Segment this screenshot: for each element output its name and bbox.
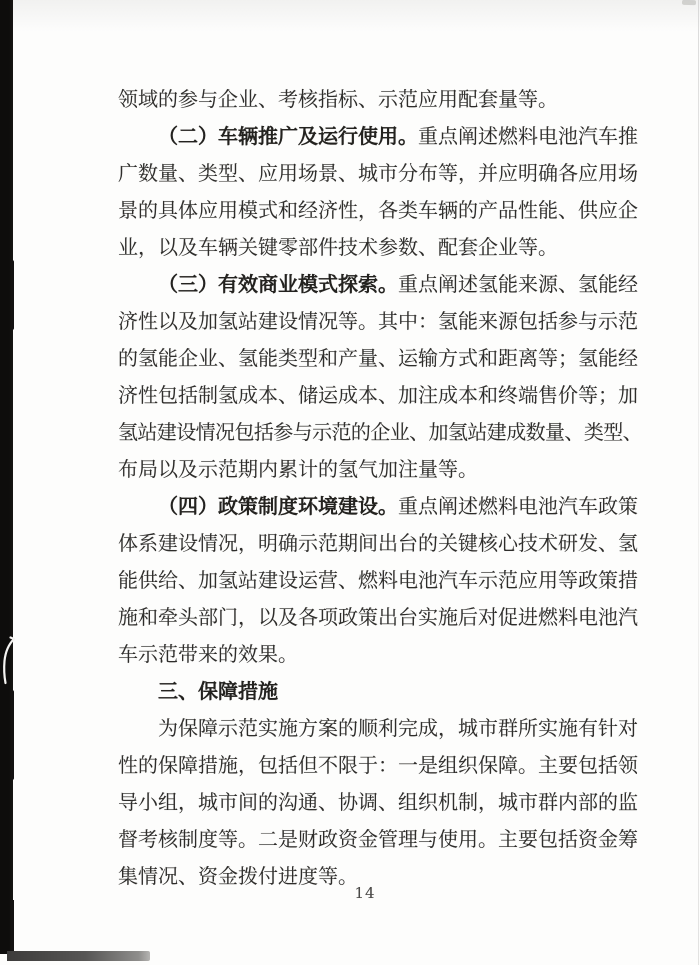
crease-mark: [0, 636, 20, 692]
text-line: （二）车辆推广及运行使用。重点阐述燃料电池汽车推: [118, 118, 642, 155]
text-line: 济性包括制氢成本、储运成本、加注成本和终端售价等；加: [118, 377, 642, 414]
body-text: 广数量、类型、应用场景、城市分布等，并应明确各应用场: [118, 161, 638, 185]
text-line: 景的具体应用模式和经济性，各类车辆的产品性能、供应企: [118, 192, 642, 229]
text-line: 督考核制度等。二是财政资金管理与使用。主要包括资金筹: [118, 821, 642, 858]
corner-smudge: [682, 0, 696, 5]
body-text: 的氢能企业、氢能类型和产量、运输方式和距离等；氢能经: [118, 346, 638, 370]
text-line: 性的保障措施，包括但不限于：一是组织保障。主要包括领: [118, 747, 642, 784]
body-text: 施和牵头部门，以及各项政策出台实施后对促进燃料电池汽: [118, 605, 638, 629]
body-text: 济性以及加氢站建设情况等。其中：氢能来源包括参与示范: [118, 309, 638, 333]
body-text: 性的保障措施，包括但不限于：一是组织保障。主要包括领: [118, 753, 638, 777]
text-line: （四）政策制度环境建设。重点阐述燃料电池汽车政策: [118, 488, 642, 525]
text-line: 能供给、加氢站建设运营、燃料电池汽车示范应用等政策措: [118, 562, 642, 599]
body-text: 领域的参与企业、考核指标、示范应用配套量等。: [118, 87, 558, 111]
body-text: 布局以及示范期内累计的氢气加注量等。: [118, 457, 478, 481]
right-edge-line: [698, 0, 699, 965]
text-line: （三）有效商业模式探索。重点阐述氢能来源、氢能经: [118, 266, 642, 303]
text-line: 领域的参与企业、考核指标、示范应用配套量等。: [118, 81, 642, 118]
text-line: 广数量、类型、应用场景、城市分布等，并应明确各应用场: [118, 155, 642, 192]
text-line: 的氢能企业、氢能类型和产量、运输方式和距离等；氢能经: [118, 340, 642, 377]
text-line: 为保障示范实施方案的顺利完成，城市群所实施有针对: [118, 710, 642, 747]
body-text: 体系建设情况，明确示范期间出台的关键核心技术研发、氢: [118, 531, 638, 555]
text-line: 济性以及加氢站建设情况等。其中：氢能来源包括参与示范: [118, 303, 642, 340]
band-notch: [12, 690, 14, 780]
body-text: 督考核制度等。二是财政资金管理与使用。主要包括资金筹: [118, 827, 638, 851]
text-line: 三、保障措施: [118, 673, 642, 710]
body-text: 为保障示范实施方案的顺利完成，城市群所实施有针对: [158, 716, 638, 740]
body-text: 重点阐述燃料电池汽车政策: [398, 494, 638, 518]
document-body: 领域的参与企业、考核指标、示范应用配套量等。（二）车辆推广及运行使用。重点阐述燃…: [118, 81, 642, 895]
text-line: 施和牵头部门，以及各项政策出台实施后对促进燃料电池汽: [118, 599, 642, 636]
text-line: 导小组，城市间的沟通、协调、组织机制，城市群内部的监: [118, 784, 642, 821]
body-text: 重点阐述燃料电池汽车推: [418, 124, 638, 148]
body-text: 能供给、加氢站建设运营、燃料电池汽车示范应用等政策措: [118, 568, 638, 592]
body-text: 济性包括制氢成本、储运成本、加注成本和终端售价等；加: [118, 383, 638, 407]
top-edge-tint: [0, 0, 700, 32]
text-line: 业，以及车辆关键零部件技术参数、配套企业等。: [118, 229, 642, 266]
text-line: 车示范带来的效果。: [118, 636, 642, 673]
body-text: 业，以及车辆关键零部件技术参数、配套企业等。: [118, 235, 558, 259]
band-notch: [12, 260, 14, 330]
bold-heading-text: 三、保障措施: [158, 679, 278, 703]
text-line: 体系建设情况，明确示范期间出台的关键核心技术研发、氢: [118, 525, 642, 562]
text-line: 布局以及示范期内累计的氢气加注量等。: [118, 451, 642, 488]
band-notch: [11, 900, 14, 954]
body-text: 车示范带来的效果。: [118, 642, 298, 666]
bold-heading-text: （四）政策制度环境建设。: [158, 494, 398, 518]
left-scan-band: [0, 0, 13, 954]
body-text: 氢站建设情况包括参与示范的企业、加氢站建成数量、类型、: [118, 420, 642, 444]
scanned-page: 领域的参与企业、考核指标、示范应用配套量等。（二）车辆推广及运行使用。重点阐述燃…: [0, 0, 700, 965]
bold-heading-text: （二）车辆推广及运行使用。: [158, 124, 418, 148]
body-text: 导小组，城市间的沟通、协调、组织机制，城市群内部的监: [118, 790, 638, 814]
bottom-scan-bar: [7, 951, 150, 961]
body-text: 景的具体应用模式和经济性，各类车辆的产品性能、供应企: [118, 198, 638, 222]
page-number: 14: [100, 884, 630, 902]
bold-heading-text: （三）有效商业模式探索。: [158, 272, 398, 296]
body-text: 重点阐述氢能来源、氢能经: [398, 272, 638, 296]
text-line: 氢站建设情况包括参与示范的企业、加氢站建成数量、类型、: [118, 414, 642, 451]
